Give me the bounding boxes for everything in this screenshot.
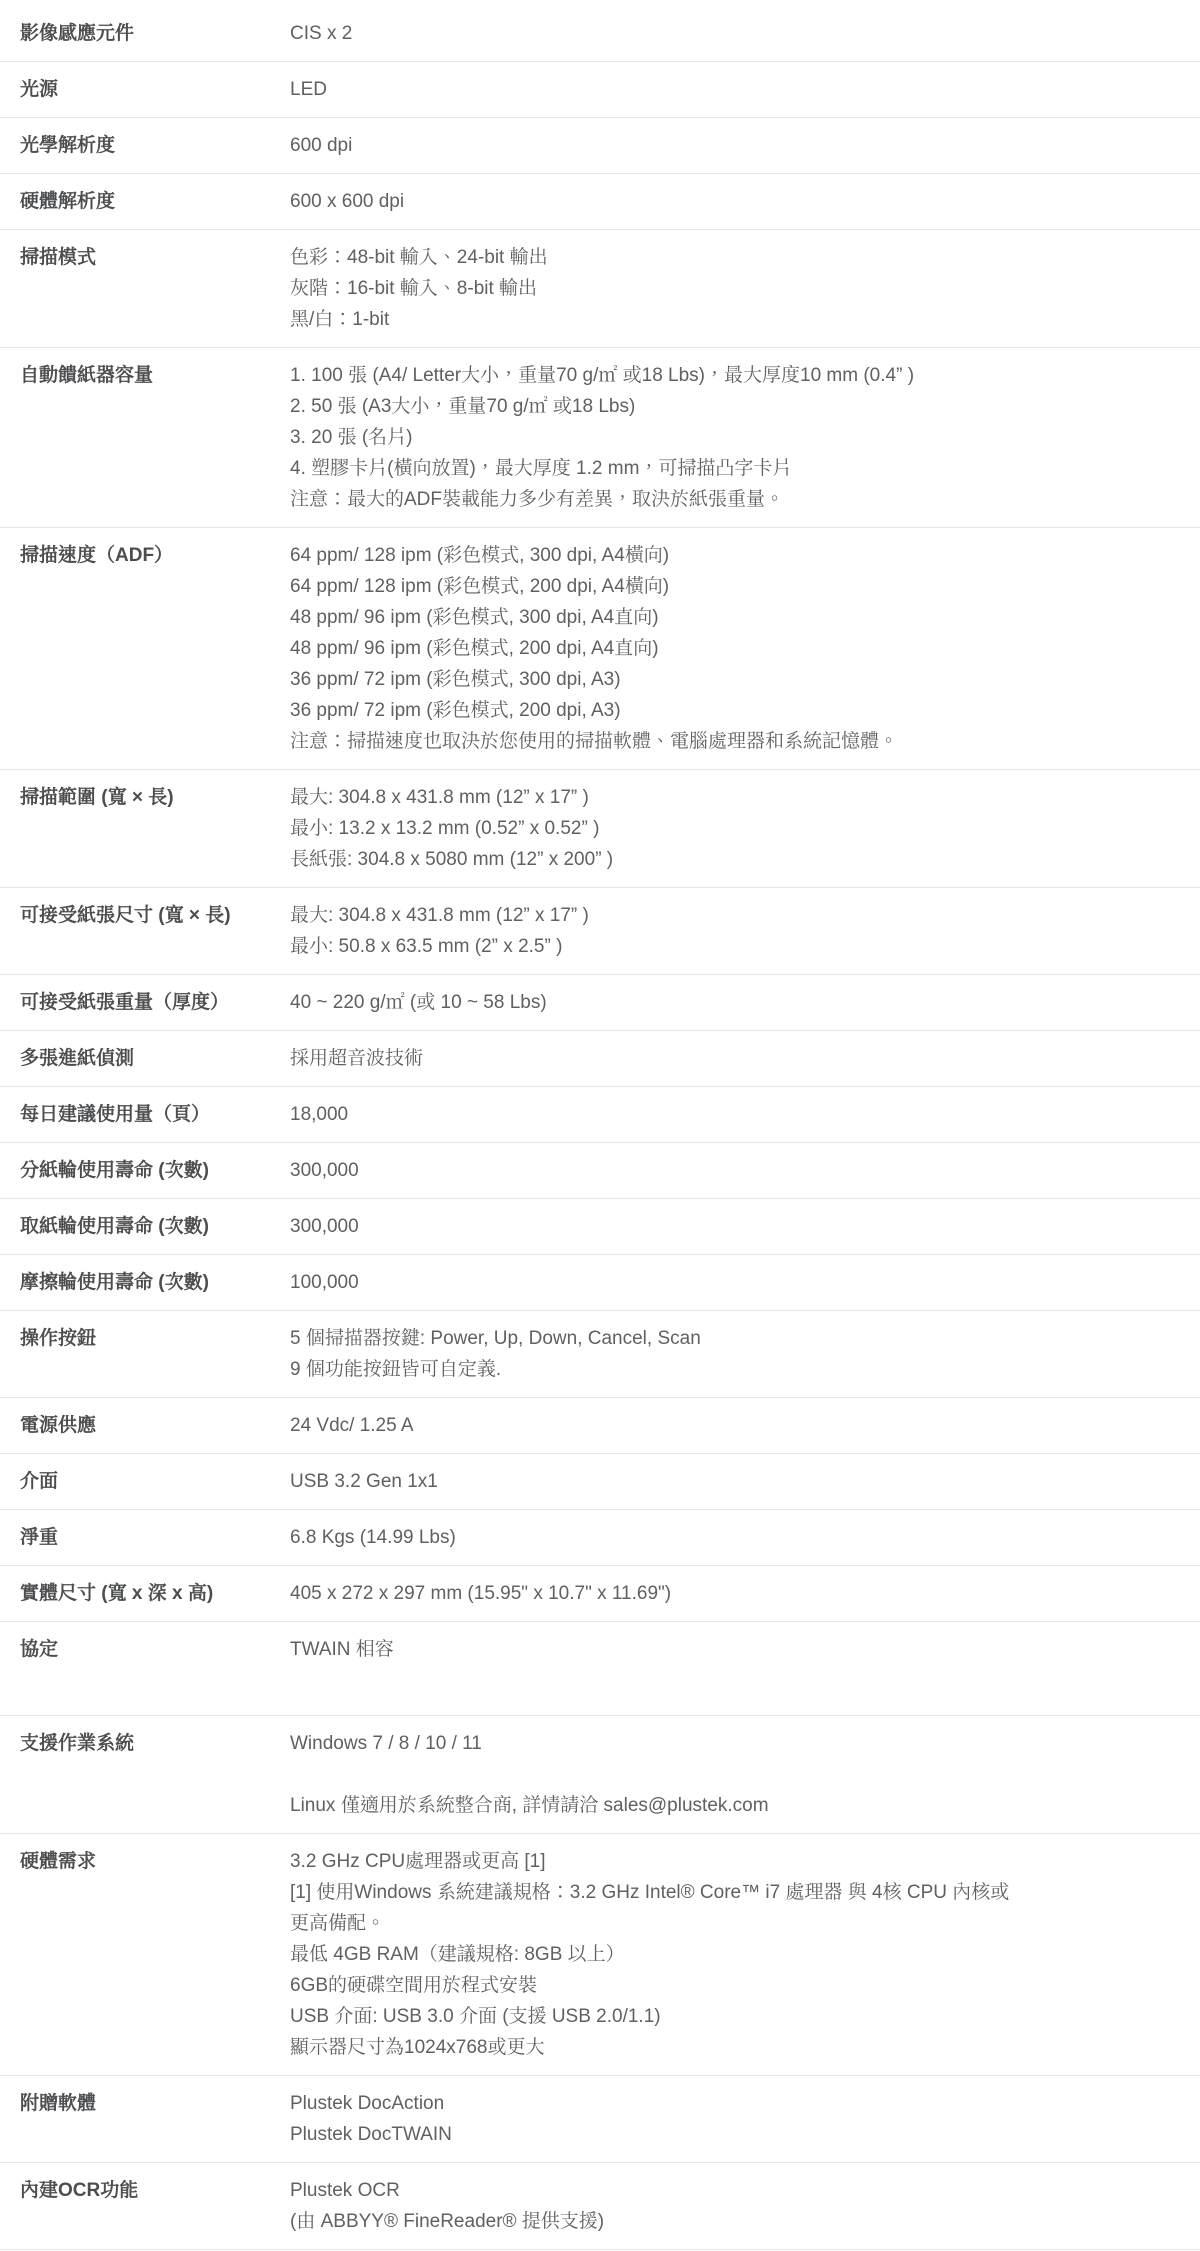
spec-value-line: 3.2 GHz CPU處理器或更高 [1] (290, 1846, 1170, 1877)
spec-value: 600 x 600 dpi (290, 186, 1200, 217)
spec-value: USB 3.2 Gen 1x1 (290, 1466, 1200, 1497)
spec-value-line (290, 1759, 1170, 1790)
spec-value-line: Plustek DocAction (290, 2088, 1170, 2119)
spec-label: 協定 (0, 1634, 290, 1665)
spec-row: 硬體需求3.2 GHz CPU處理器或更高 [1][1] 使用Windows 系… (0, 1834, 1200, 2076)
spec-row: 摩擦輪使用壽命 (次數)100,000 (0, 1255, 1200, 1311)
spec-value-line: 最小: 50.8 x 63.5 mm (2” x 2.5” ) (290, 931, 1170, 962)
spec-value: 300,000 (290, 1211, 1200, 1242)
spec-value-line: 1. 100 張 (A4/ Letter大小，重量70 g/㎡ 或18 Lbs)… (290, 360, 1170, 391)
spec-label: 內建OCR功能 (0, 2175, 290, 2206)
spec-row: 取紙輪使用壽命 (次數)300,000 (0, 1199, 1200, 1255)
spec-value-line: 24 Vdc/ 1.25 A (290, 1410, 1170, 1441)
spec-row: 協定TWAIN 相容 (0, 1622, 1200, 1716)
spec-row: 掃描速度（ADF）64 ppm/ 128 ipm (彩色模式, 300 dpi,… (0, 528, 1200, 770)
spec-value-line: 注意：最大的ADF裝載能力多少有差異，取決於紙張重量。 (290, 484, 1170, 515)
spec-value-line: (由 ABBYY® FineReader® 提供支援) (290, 2206, 1170, 2237)
spec-label: 硬體需求 (0, 1846, 290, 1877)
spec-value: LED (290, 74, 1200, 105)
spec-label: 附贈軟體 (0, 2088, 290, 2119)
spec-row: 操作按鈕5 個掃描器按鍵: Power, Up, Down, Cancel, S… (0, 1311, 1200, 1398)
spec-value-line: 64 ppm/ 128 ipm (彩色模式, 300 dpi, A4橫向) (290, 540, 1170, 571)
spec-value: 色彩：48-bit 輸入、24-bit 輸出灰階：16-bit 輸入、8-bit… (290, 242, 1200, 335)
spec-value-line: 300,000 (290, 1155, 1170, 1186)
spec-value-line: 5 個掃描器按鍵: Power, Up, Down, Cancel, Scan (290, 1323, 1170, 1354)
spec-row: 淨重6.8 Kgs (14.99 Lbs) (0, 1510, 1200, 1566)
spec-label: 可接受紙張重量（厚度） (0, 987, 290, 1018)
spec-label: 電源供應 (0, 1410, 290, 1441)
spec-row: 自動饋紙器容量1. 100 張 (A4/ Letter大小，重量70 g/㎡ 或… (0, 348, 1200, 528)
spec-value: 1. 100 張 (A4/ Letter大小，重量70 g/㎡ 或18 Lbs)… (290, 360, 1200, 515)
spec-row: 可接受紙張重量（厚度）40 ~ 220 g/㎡ (或 10 ~ 58 Lbs) (0, 975, 1200, 1031)
spec-value-line: 色彩：48-bit 輸入、24-bit 輸出 (290, 242, 1170, 273)
spec-row: 光學解析度600 dpi (0, 118, 1200, 174)
spec-row: 掃描模式色彩：48-bit 輸入、24-bit 輸出灰階：16-bit 輸入、8… (0, 230, 1200, 348)
spec-value-line: USB 3.2 Gen 1x1 (290, 1466, 1170, 1497)
spec-value: 100,000 (290, 1267, 1200, 1298)
spec-value-line: 長紙張: 304.8 x 5080 mm (12” x 200” ) (290, 844, 1170, 875)
spec-row: 掃描範圍 (寬 × 長)最大: 304.8 x 431.8 mm (12” x … (0, 770, 1200, 888)
spec-row: 附贈軟體Plustek DocActionPlustek DocTWAIN (0, 2076, 1200, 2163)
spec-value: 18,000 (290, 1099, 1200, 1130)
spec-value-line: 18,000 (290, 1099, 1170, 1130)
spec-value-line: 黑/白：1-bit (290, 304, 1170, 335)
spec-value-line: Windows 7 / 8 / 10 / 11 (290, 1728, 1170, 1759)
spec-label: 多張進紙偵測 (0, 1043, 290, 1074)
spec-row: 光源LED (0, 62, 1200, 118)
spec-label: 自動饋紙器容量 (0, 360, 290, 391)
spec-value-line: 最小: 13.2 x 13.2 mm (0.52” x 0.52” ) (290, 813, 1170, 844)
spec-label: 掃描範圍 (寬 × 長) (0, 782, 290, 813)
spec-label: 光學解析度 (0, 130, 290, 161)
spec-value-line: 600 x 600 dpi (290, 186, 1170, 217)
spec-label: 分紙輪使用壽命 (次數) (0, 1155, 290, 1186)
spec-value-line: 採用超音波技術 (290, 1043, 1170, 1074)
spec-value-line: 405 x 272 x 297 mm (15.95" x 10.7" x 11.… (290, 1578, 1170, 1609)
spec-value-line: [1] 使用Windows 系統建議規格：3.2 GHz Intel® Core… (290, 1877, 1170, 1908)
spec-value-line: Linux 僅適用於系統整合商, 詳情請洽 sales@plustek.com (290, 1790, 1170, 1821)
spec-value-line: 4. 塑膠卡片(橫向放置)，最大厚度 1.2 mm，可掃描凸字卡片 (290, 453, 1170, 484)
spec-value: 最大: 304.8 x 431.8 mm (12” x 17” )最小: 50.… (290, 900, 1200, 962)
spec-value: 24 Vdc/ 1.25 A (290, 1410, 1200, 1441)
spec-value-line: 9 個功能按鈕皆可自定義. (290, 1354, 1170, 1385)
spec-table: 影像感應元件CIS x 2光源LED光學解析度600 dpi硬體解析度600 x… (0, 0, 1200, 2250)
spec-row: 每日建議使用量（頁）18,000 (0, 1087, 1200, 1143)
spec-label: 取紙輪使用壽命 (次數) (0, 1211, 290, 1242)
spec-value-line: 6.8 Kgs (14.99 Lbs) (290, 1522, 1170, 1553)
spec-row: 內建OCR功能Plustek OCR(由 ABBYY® FineReader® … (0, 2163, 1200, 2250)
spec-value-line: Plustek OCR (290, 2175, 1170, 2206)
spec-label: 淨重 (0, 1522, 290, 1553)
spec-value-line: 顯示器尺寸為1024x768或更大 (290, 2032, 1170, 2063)
spec-value-line: 100,000 (290, 1267, 1170, 1298)
spec-value: 5 個掃描器按鍵: Power, Up, Down, Cancel, Scan9… (290, 1323, 1200, 1385)
spec-label: 影像感應元件 (0, 18, 290, 49)
spec-value-line: 36 ppm/ 72 ipm (彩色模式, 300 dpi, A3) (290, 664, 1170, 695)
spec-row: 實體尺寸 (寬 x 深 x 高)405 x 272 x 297 mm (15.9… (0, 1566, 1200, 1622)
spec-row: 多張進紙偵測採用超音波技術 (0, 1031, 1200, 1087)
spec-row: 電源供應24 Vdc/ 1.25 A (0, 1398, 1200, 1454)
spec-value-line: 64 ppm/ 128 ipm (彩色模式, 200 dpi, A4橫向) (290, 571, 1170, 602)
spec-value: 6.8 Kgs (14.99 Lbs) (290, 1522, 1200, 1553)
spec-row: 分紙輪使用壽命 (次數)300,000 (0, 1143, 1200, 1199)
spec-value-line: 3. 20 張 (名片) (290, 422, 1170, 453)
spec-value-line: Plustek DocTWAIN (290, 2119, 1170, 2150)
spec-value-line: 灰階：16-bit 輸入、8-bit 輸出 (290, 273, 1170, 304)
spec-value-line: CIS x 2 (290, 18, 1170, 49)
spec-label: 摩擦輪使用壽命 (次數) (0, 1267, 290, 1298)
spec-value: Plustek OCR(由 ABBYY® FineReader® 提供支援) (290, 2175, 1200, 2237)
spec-value: Windows 7 / 8 / 10 / 11Linux 僅適用於系統整合商, … (290, 1728, 1200, 1821)
spec-row: 硬體解析度600 x 600 dpi (0, 174, 1200, 230)
spec-value: 600 dpi (290, 130, 1200, 161)
spec-value-line: LED (290, 74, 1170, 105)
spec-value: 最大: 304.8 x 431.8 mm (12” x 17” )最小: 13.… (290, 782, 1200, 875)
spec-label: 每日建議使用量（頁） (0, 1099, 290, 1130)
spec-label: 介面 (0, 1466, 290, 1497)
spec-row: 介面USB 3.2 Gen 1x1 (0, 1454, 1200, 1510)
spec-value-line: 更高備配。 (290, 1908, 1170, 1939)
spec-value: 3.2 GHz CPU處理器或更高 [1][1] 使用Windows 系統建議規… (290, 1846, 1200, 2063)
spec-value-line: 最大: 304.8 x 431.8 mm (12” x 17” ) (290, 782, 1170, 813)
spec-value: 64 ppm/ 128 ipm (彩色模式, 300 dpi, A4橫向)64 … (290, 540, 1200, 757)
spec-value-line: 最低 4GB RAM（建議規格: 8GB 以上） (290, 1939, 1170, 1970)
spec-value-line: TWAIN 相容 (290, 1634, 1170, 1665)
spec-value-line: 6GB的硬碟空間用於程式安裝 (290, 1970, 1170, 2001)
spec-row: 支援作業系統Windows 7 / 8 / 10 / 11Linux 僅適用於系… (0, 1716, 1200, 1834)
spec-value-line: 48 ppm/ 96 ipm (彩色模式, 300 dpi, A4直向) (290, 602, 1170, 633)
spec-label: 掃描模式 (0, 242, 290, 273)
spec-value-line: 300,000 (290, 1211, 1170, 1242)
spec-value: 300,000 (290, 1155, 1200, 1186)
spec-value-line: 48 ppm/ 96 ipm (彩色模式, 200 dpi, A4直向) (290, 633, 1170, 664)
spec-value: 採用超音波技術 (290, 1043, 1200, 1074)
spec-row: 影像感應元件CIS x 2 (0, 6, 1200, 62)
spec-value: Plustek DocActionPlustek DocTWAIN (290, 2088, 1200, 2150)
spec-value: 405 x 272 x 297 mm (15.95" x 10.7" x 11.… (290, 1578, 1200, 1609)
spec-value-line: 最大: 304.8 x 431.8 mm (12” x 17” ) (290, 900, 1170, 931)
spec-value: CIS x 2 (290, 18, 1200, 49)
spec-label: 掃描速度（ADF） (0, 540, 290, 571)
spec-value: 40 ~ 220 g/㎡ (或 10 ~ 58 Lbs) (290, 987, 1200, 1018)
spec-label: 光源 (0, 74, 290, 105)
spec-value: TWAIN 相容 (290, 1634, 1200, 1665)
spec-value-line: 2. 50 張 (A3大小，重量70 g/㎡ 或18 Lbs) (290, 391, 1170, 422)
spec-label: 支援作業系統 (0, 1728, 290, 1759)
spec-value-line: USB 介面: USB 3.0 介面 (支援 USB 2.0/1.1) (290, 2001, 1170, 2032)
spec-label: 實體尺寸 (寬 x 深 x 高) (0, 1578, 290, 1609)
spec-label: 硬體解析度 (0, 186, 290, 217)
spec-value-line: 36 ppm/ 72 ipm (彩色模式, 200 dpi, A3) (290, 695, 1170, 726)
spec-value-line: 注意：掃描速度也取決於您使用的掃描軟體、電腦處理器和系統記憶體。 (290, 726, 1170, 757)
spec-value-line: 600 dpi (290, 130, 1170, 161)
spec-value-line: 40 ~ 220 g/㎡ (或 10 ~ 58 Lbs) (290, 987, 1170, 1018)
spec-label: 操作按鈕 (0, 1323, 290, 1354)
spec-label: 可接受紙張尺寸 (寬 × 長) (0, 900, 290, 931)
spec-row: 可接受紙張尺寸 (寬 × 長)最大: 304.8 x 431.8 mm (12”… (0, 888, 1200, 975)
